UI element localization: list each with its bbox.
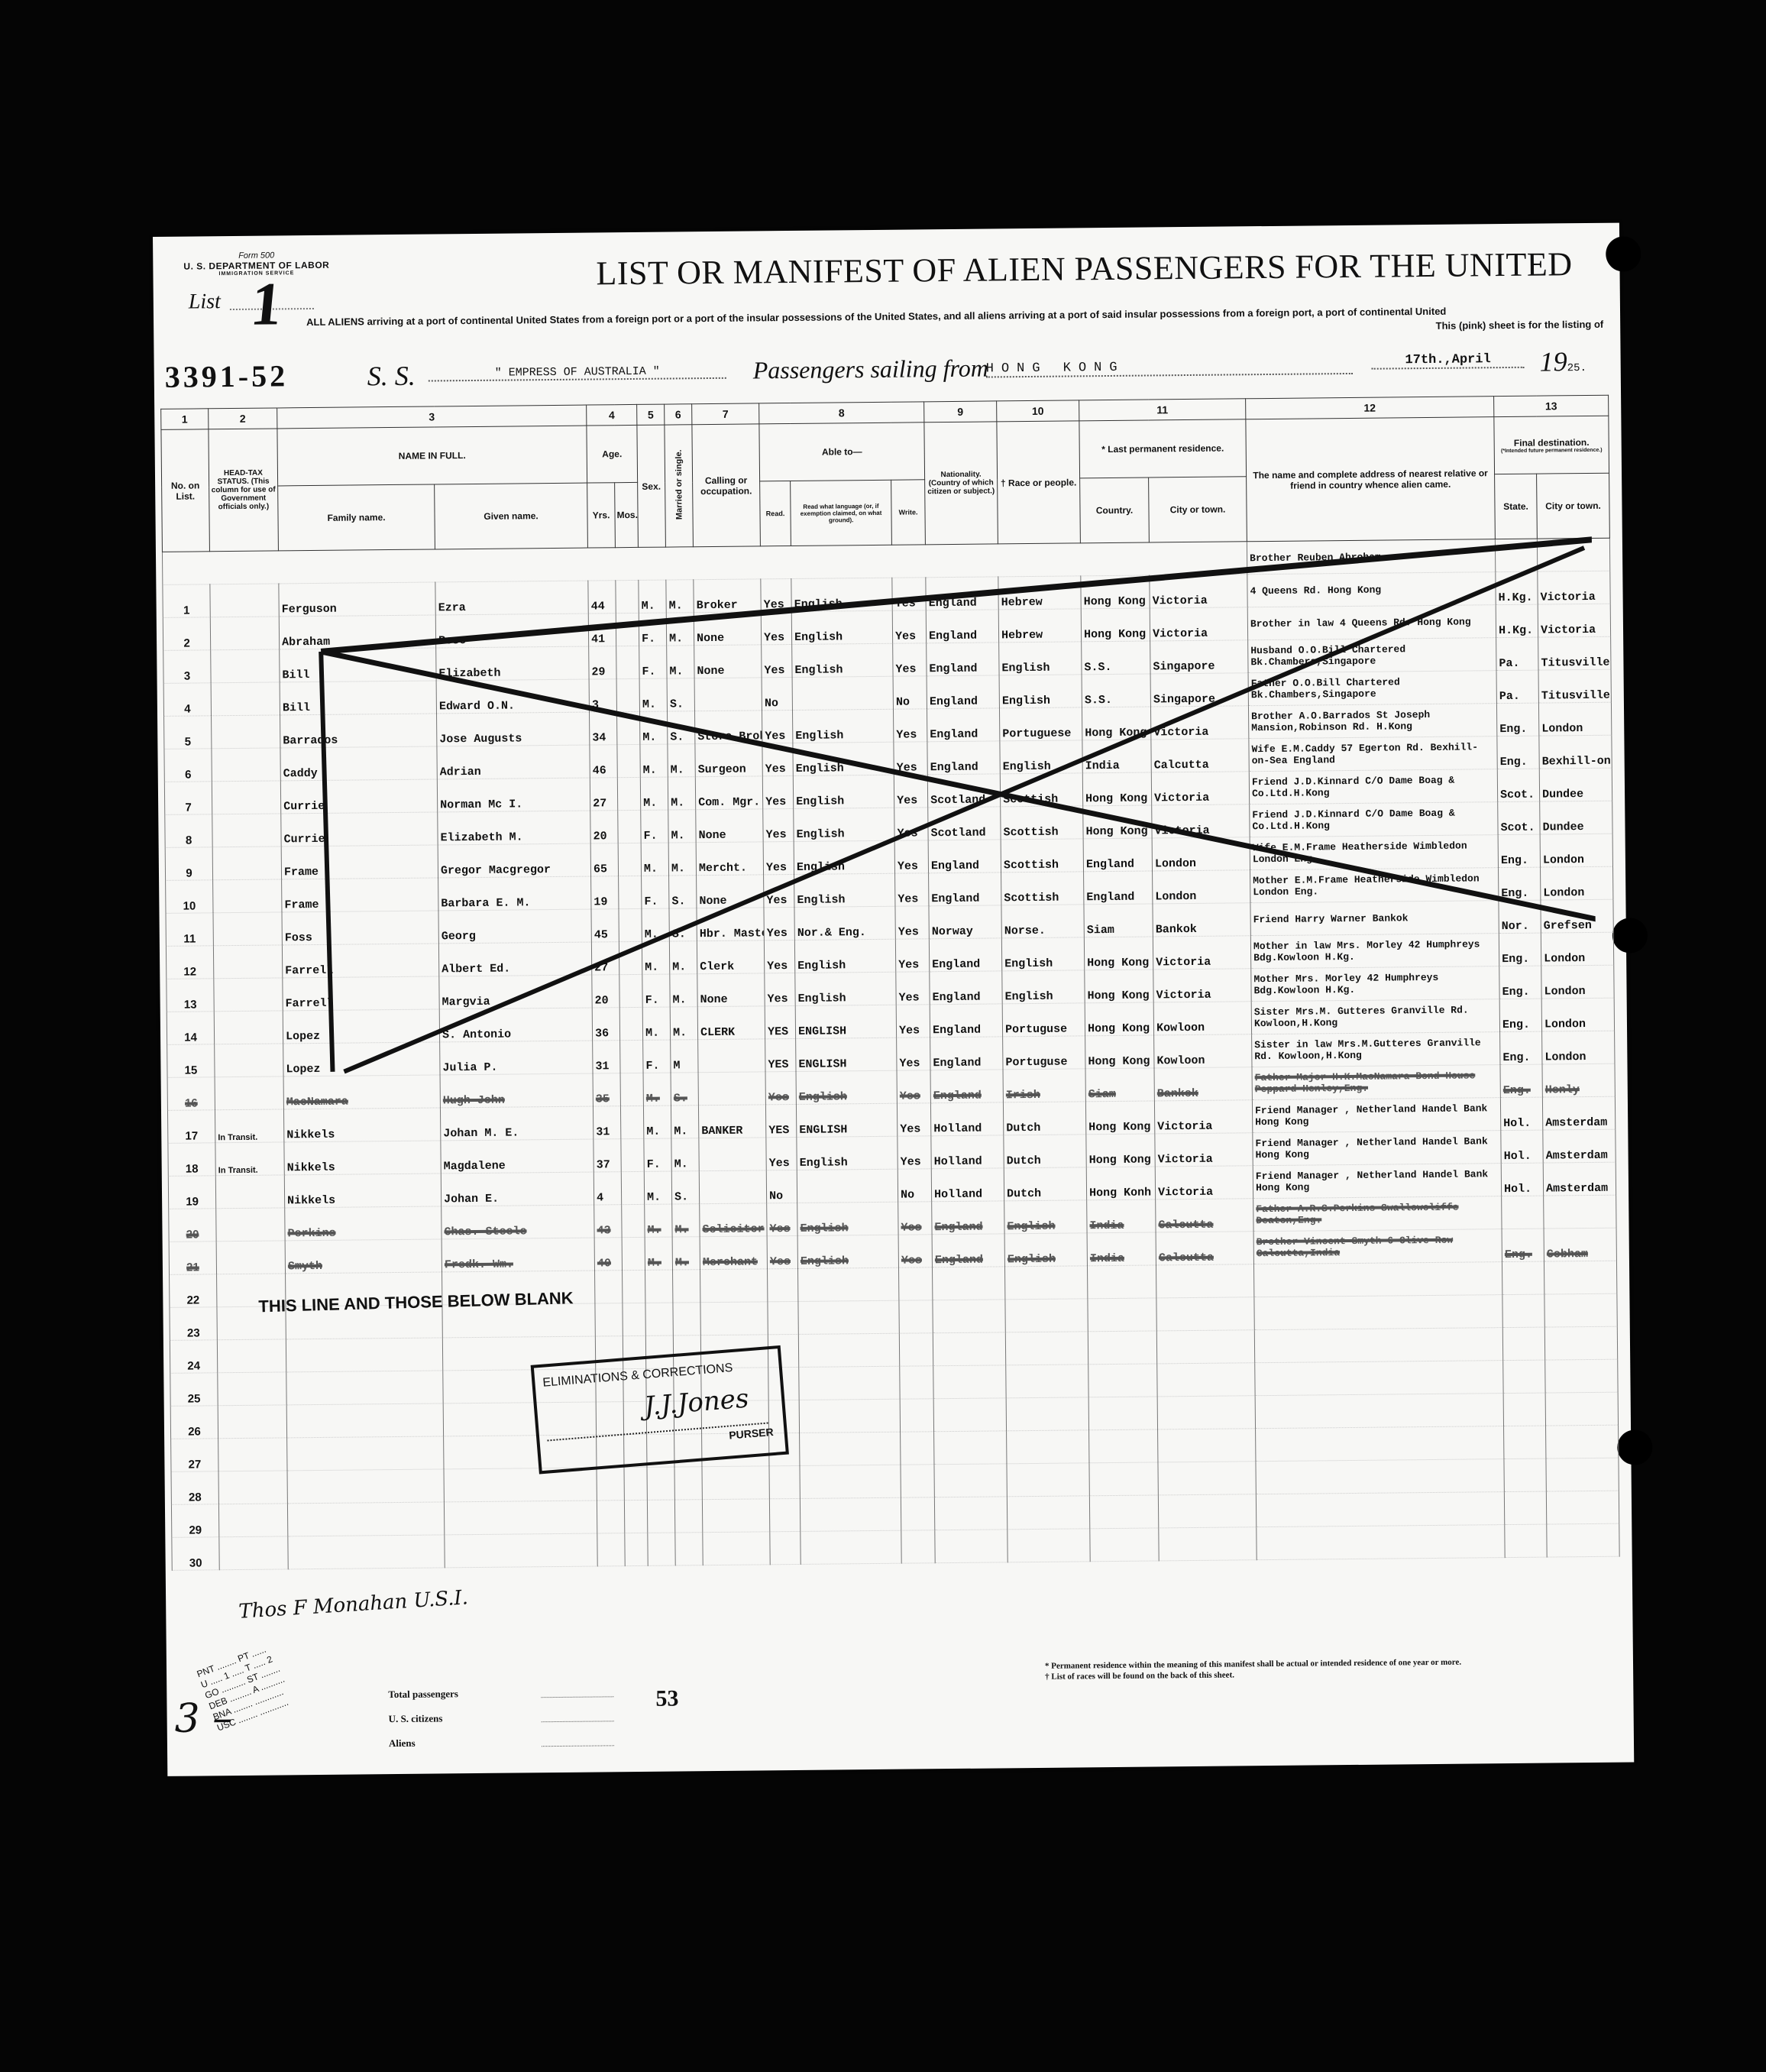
- year-prefix: 19: [1539, 346, 1567, 377]
- cell-country: Hong Kong: [1082, 772, 1151, 806]
- empty-cell: [1502, 1294, 1544, 1328]
- empty-cell: [901, 1530, 935, 1563]
- empty-cell: [288, 1535, 445, 1569]
- empty-cell: [1504, 1491, 1546, 1525]
- empty-cell: [935, 1530, 1008, 1563]
- empty-cell: [899, 1300, 933, 1333]
- cell-rel: Brother A.O.Barrados St Joseph Mansion,R…: [1248, 704, 1496, 739]
- line-number: 4: [163, 683, 211, 717]
- empty-cell: [934, 1497, 1007, 1530]
- cell-family: Foss: [282, 911, 438, 945]
- empty-cell: [934, 1464, 1007, 1497]
- col-read: Read.: [760, 481, 791, 546]
- cell-sex: F.: [642, 876, 669, 908]
- empty-cell: [1502, 1327, 1544, 1361]
- cell-sex: F.: [642, 974, 670, 1007]
- cell-occ: None: [696, 809, 763, 843]
- col-final-destination: Final destination.(*Intended future perm…: [1494, 416, 1609, 474]
- footer: PNT ........ PT ...... U ..... 1 ..... T…: [167, 1640, 1634, 1776]
- col-race: † Race or people.: [997, 421, 1081, 544]
- cell-lang: English: [794, 840, 894, 874]
- cell-write: No: [893, 676, 927, 709]
- cell-country: Hong Kong: [1085, 1101, 1154, 1135]
- cell-lang: English: [793, 709, 894, 743]
- cell-nat: England: [927, 741, 1000, 775]
- cell-dest: London: [1541, 965, 1614, 999]
- cell-occ: Surgeon: [695, 743, 762, 777]
- empty-cell: [597, 1533, 625, 1566]
- col-read-language: Read what language (or, if exemption cla…: [791, 480, 892, 546]
- cell-lang: ENGLISH: [796, 1103, 897, 1137]
- cell-rel: Brother Vincent Smyth 6 Clive Row Calcut…: [1253, 1229, 1502, 1264]
- line-number: 14: [167, 1012, 214, 1045]
- cell-ms: S.: [669, 908, 697, 941]
- cell-read: Yes: [764, 874, 794, 907]
- empty-cell: [799, 1399, 900, 1433]
- cell-mos: [617, 711, 640, 744]
- col-num: 3: [277, 405, 587, 429]
- cell-given: Hugh John: [440, 1073, 593, 1108]
- cell-city: London: [1152, 837, 1250, 871]
- cell-occ: [698, 1039, 765, 1073]
- cell-state: Eng.: [1499, 933, 1541, 966]
- col-num: 12: [1246, 397, 1494, 419]
- cell-read: Yes: [762, 743, 793, 775]
- list-number: 1: [248, 270, 286, 339]
- cell-tax: [210, 617, 279, 650]
- cell-country: Siam: [1084, 904, 1153, 937]
- cell-dest: Bexhill-on-Sea: [1539, 735, 1612, 769]
- cell-tax: [210, 584, 279, 617]
- cell-lang: [792, 676, 893, 710]
- cell-ms: M.: [666, 613, 694, 646]
- empty-cell: [1503, 1360, 1545, 1394]
- line-number: 2: [163, 617, 210, 651]
- empty-cell: [645, 1270, 673, 1303]
- cell-country: Hong Kong: [1085, 1035, 1154, 1069]
- cell-read: Yes: [767, 1203, 797, 1235]
- cell-state: Eng.: [1502, 1229, 1544, 1262]
- empty-cell: [1157, 1363, 1255, 1397]
- totals: Total passengers U. S. citizens Aliens: [388, 1680, 614, 1756]
- cell-dest: Dundee: [1540, 801, 1612, 834]
- cell-occ: [699, 1138, 766, 1171]
- cell-read: Yes: [767, 1235, 797, 1268]
- cell-city: Singapore: [1150, 673, 1248, 707]
- cell-yrs: 4: [594, 1172, 621, 1205]
- empty-cell: [1156, 1297, 1254, 1331]
- empty-cell: [674, 1500, 702, 1533]
- cell-dest: London: [1541, 866, 1613, 900]
- cell-read: Yes: [763, 808, 794, 841]
- cell-mos: [622, 1204, 645, 1237]
- col-num: 6: [665, 404, 692, 425]
- cell-yrs: 20: [590, 811, 618, 843]
- cell-tax: [215, 1076, 283, 1110]
- cell-state: Eng.: [1500, 1031, 1542, 1065]
- cell-yrs: 27: [590, 778, 617, 811]
- empty-cell: [623, 1303, 645, 1335]
- empty-cell: [287, 1502, 444, 1536]
- cell-rel: Sister Mrs.M. Gutteres Granville Rd. Kow…: [1251, 999, 1499, 1034]
- cell-lang: English: [791, 578, 892, 611]
- cell-dest: Victoria: [1538, 571, 1610, 604]
- empty-cell: [673, 1303, 700, 1335]
- cell-mos: [616, 646, 639, 678]
- cell-family: Currie: [280, 779, 437, 814]
- line-number: 21: [169, 1242, 216, 1275]
- subtitle: ALL ALIENS arriving at a port of contine…: [306, 304, 1605, 328]
- cell-sex: M.: [644, 1171, 671, 1204]
- cell-state: Eng.: [1499, 999, 1541, 1032]
- empty-cell: [768, 1301, 798, 1334]
- cell-sex: M.: [639, 580, 666, 613]
- line-number: 9: [165, 847, 212, 881]
- cell-country: Hong Kong: [1083, 805, 1152, 839]
- col-relative: The name and complete address of nearest…: [1246, 417, 1496, 542]
- cell-lang: ENGLISH: [795, 1005, 896, 1038]
- empty-cell: [1546, 1425, 1619, 1458]
- cell-city: Victoria: [1152, 805, 1250, 838]
- cell-family: MacNamara: [283, 1075, 440, 1109]
- cell-race: Portuguese: [1000, 707, 1082, 741]
- empty-cell: [1254, 1328, 1502, 1363]
- cell-rel: Friend Manager , Netherland Handel Bank …: [1253, 1131, 1501, 1166]
- cell-family: Farrell: [282, 944, 438, 978]
- cell-mos: [622, 1237, 645, 1270]
- empty-cell: [218, 1471, 287, 1504]
- cell-occ: None: [694, 645, 762, 678]
- cell-ms: M.: [670, 974, 697, 1007]
- cell-city: Victoria: [1153, 936, 1250, 970]
- cell-race: English: [1001, 937, 1084, 971]
- cell-nat: England: [930, 1004, 1002, 1038]
- punch-hole: [1617, 1429, 1652, 1465]
- empty-cell: [1088, 1298, 1156, 1332]
- cell-yrs: 43: [594, 1205, 622, 1238]
- cell-sex: F.: [639, 646, 667, 678]
- cell-country: Hong Kong: [1084, 937, 1153, 970]
- cell-tax: [212, 781, 280, 814]
- cell-lang: English: [794, 939, 895, 973]
- cell-city: Victoria: [1150, 706, 1248, 740]
- empty-cell: [1255, 1394, 1503, 1429]
- cell-given: Johan M. E.: [440, 1106, 593, 1141]
- cell-mos: [620, 1073, 643, 1106]
- cell-city: Victoria: [1155, 1166, 1253, 1199]
- sailing-date: 17th.,April: [1372, 352, 1525, 370]
- cell-ms: S.: [671, 1171, 699, 1204]
- cell-sex: M.: [640, 744, 668, 777]
- cell-race: Hebrew: [998, 576, 1081, 610]
- empty-cell: [444, 1468, 597, 1502]
- cell-sex: M.: [640, 711, 668, 744]
- empty-cell: [1545, 1359, 1618, 1393]
- cell-state: Eng.: [1499, 867, 1541, 901]
- cell-city: Calcutta: [1156, 1199, 1253, 1232]
- cell-mos: [621, 1171, 644, 1204]
- cell-yrs: 37: [594, 1139, 621, 1172]
- cell-given: Julia P.: [440, 1041, 593, 1075]
- cell-read: No: [762, 677, 792, 710]
- cell-race: English: [1000, 740, 1082, 774]
- cell-rel: Brother in law 4 Queens Rd. Hong Kong: [1247, 605, 1496, 640]
- cell-rel: Father O.O.Bill Chartered Bk.Chambers,Si…: [1248, 671, 1496, 706]
- cell-occ: None: [694, 612, 761, 646]
- cell-write: Yes: [898, 1202, 932, 1235]
- cell-yrs: 45: [591, 909, 619, 942]
- empty-cell: [1005, 1332, 1088, 1365]
- cell-rel: Friend Manager , Netherland Handel Bank …: [1252, 1098, 1500, 1133]
- cell-read: Yes: [765, 973, 795, 1005]
- empty-cell: [769, 1465, 800, 1498]
- col-num: 1: [161, 409, 209, 430]
- cell-rel: Husband O.O.Bill Chartered Bk.Chambers,S…: [1248, 638, 1496, 673]
- cell-mos: [618, 843, 641, 876]
- line-number: 23: [170, 1307, 217, 1341]
- cell-given: Margvia: [439, 975, 592, 1009]
- empty-cell: [1007, 1463, 1089, 1497]
- cell-given: Georg: [438, 909, 591, 944]
- cell-given: Elizabeth: [436, 646, 589, 681]
- cell-rel: Friend Manager , Netherland Handel Bank …: [1253, 1164, 1501, 1199]
- cell-lang: [797, 1169, 898, 1203]
- cell-ms: M.: [671, 1106, 698, 1138]
- cell-race: English: [999, 675, 1082, 708]
- cell-lang: English: [797, 1235, 898, 1268]
- cell-given: Fredk. Wm.: [441, 1238, 594, 1272]
- cell-lang: Nor.& Eng.: [794, 906, 895, 940]
- empty-cell: [217, 1339, 286, 1373]
- line-number: 8: [165, 814, 212, 848]
- empty-cell: [1005, 1266, 1088, 1300]
- manifest-number: 3391-52: [165, 358, 289, 395]
- cell-rel: Sister in law Mrs.M.Gutteres Granville R…: [1252, 1032, 1500, 1067]
- cell-read: Yes: [764, 907, 794, 940]
- col-num: 13: [1494, 395, 1609, 416]
- cell-race: Dutch: [1004, 1167, 1086, 1201]
- cell-yrs: 3: [589, 679, 616, 712]
- cell-nat: England: [930, 971, 1002, 1005]
- line-number: 29: [171, 1504, 218, 1538]
- cell-dest: London: [1540, 834, 1612, 867]
- empty-cell: [648, 1533, 675, 1565]
- cell-tax: [212, 748, 280, 782]
- cell-race: Hebrew: [998, 609, 1081, 643]
- empty-cell: [1503, 1393, 1545, 1426]
- ship-line: 3391-52 S. S. " EMPRESS OF AUSTRALIA " P…: [165, 345, 1616, 397]
- passenger-rows: Brother Reuben Abroham 1FergusonEzra44M.…: [162, 538, 1619, 1570]
- empty-cell: [933, 1332, 1005, 1366]
- col-num: 2: [209, 408, 277, 429]
- cell-sex: M.: [643, 1106, 671, 1138]
- col-no-on-list: No. on List.: [161, 429, 210, 552]
- cell-city: Calcutta: [1151, 739, 1249, 772]
- empty-cell: [700, 1269, 768, 1303]
- cell-dest: Titusville: [1538, 669, 1611, 703]
- cell-dest: Grefsen: [1541, 899, 1613, 933]
- cell-race: Scottish: [1001, 872, 1084, 905]
- cell-write: Yes: [894, 808, 928, 840]
- cell-given: Magdalene: [441, 1139, 594, 1174]
- empty-cell: [800, 1432, 901, 1465]
- cell-dest: Amsterdam: [1542, 1096, 1615, 1130]
- cell-country: Hong Kong: [1082, 707, 1150, 740]
- cell-country: India: [1087, 1199, 1156, 1233]
- cell-read: Yes: [761, 611, 791, 644]
- us-citizens-label: U. S. citizens: [388, 1705, 541, 1731]
- page-title: LIST OR MANIFEST OF ALIEN PASSENGERS FOR…: [596, 244, 1572, 293]
- col-city: City or town.: [1149, 477, 1247, 542]
- empty-cell: [1256, 1426, 1504, 1462]
- cell-rel: Mother Mrs. Morley 42 Humphreys Bdg.Kowl…: [1251, 966, 1499, 1002]
- cell-mos: [616, 580, 639, 613]
- cell-rel: Friend Harry Warner Bankok: [1250, 901, 1499, 936]
- col-yrs: Yrs.: [587, 483, 616, 548]
- cell-lang: English: [792, 643, 893, 677]
- empty-cell: [1546, 1491, 1619, 1524]
- cell-yrs: 40: [594, 1238, 622, 1271]
- empty-cell: [625, 1533, 648, 1565]
- empty-cell: [901, 1497, 934, 1530]
- empty-cell: [933, 1300, 1005, 1333]
- cell-sex: M.: [639, 678, 667, 711]
- cell-occ: Solicitor: [700, 1203, 767, 1237]
- cell-tax: [214, 1011, 283, 1044]
- cell-race: Portuguse: [1002, 1003, 1085, 1037]
- cell-write: Yes: [896, 1005, 930, 1038]
- cell-mos: [617, 777, 640, 810]
- cell-state: Nor.: [1499, 900, 1541, 934]
- cell-country: Siam: [1085, 1068, 1154, 1102]
- empty-cell: [287, 1436, 444, 1471]
- empty-cell: [219, 1536, 288, 1570]
- empty-cell: [444, 1501, 597, 1535]
- cell-race: Scottish: [1001, 839, 1083, 873]
- cell-yrs: 19: [591, 876, 619, 909]
- cell-write: Yes: [898, 1136, 931, 1169]
- line-number: 24: [170, 1340, 217, 1374]
- cell-city: Kowloon: [1154, 1034, 1252, 1068]
- line-number: 1: [163, 584, 210, 618]
- cell-write: Yes: [897, 1038, 930, 1070]
- cell-state: Eng.: [1498, 834, 1540, 868]
- cell-sex: M.: [640, 777, 668, 810]
- empty-cell: [673, 1270, 700, 1303]
- cell-dest: Dundee: [1539, 768, 1612, 801]
- cell-yrs: 36: [592, 1008, 619, 1041]
- col-country: Country.: [1080, 478, 1150, 543]
- cell-family: Farrell: [283, 976, 439, 1011]
- cell-read: Yes: [766, 1137, 797, 1170]
- empty-cell: [286, 1338, 442, 1372]
- cell-nat: England: [930, 1037, 1003, 1070]
- cell-rel: Wife E.M.Caddy 57 Egerton Rd. Bexhill-on…: [1249, 737, 1497, 772]
- col-head-tax: HEAD-TAX STATUS. (This column for use of…: [209, 429, 279, 552]
- cell-dest: Amsterdam: [1543, 1162, 1616, 1196]
- empty-cell: [900, 1399, 933, 1432]
- cell-occ: [699, 1170, 766, 1204]
- empty-cell: [1089, 1462, 1158, 1496]
- total-passengers-label: Total passengers: [388, 1681, 541, 1707]
- cell-country: Hong Kong: [1085, 970, 1153, 1003]
- empty-cell: [700, 1302, 768, 1335]
- cell-lang: English: [793, 775, 894, 808]
- empty-cell: [899, 1333, 933, 1366]
- cell-write: Yes: [894, 709, 927, 742]
- empty-cell: [800, 1465, 901, 1498]
- cell-occ: [698, 1072, 765, 1106]
- cell-tax: [213, 945, 282, 979]
- empty-cell: [933, 1365, 1006, 1399]
- cell-mos: [619, 908, 642, 941]
- cell-given: Edward O.N.: [436, 679, 589, 714]
- cell-write: Yes: [892, 610, 926, 643]
- cell-sex: F.: [641, 810, 668, 843]
- col-state: State.: [1495, 474, 1538, 539]
- cell-sex: M.: [641, 843, 668, 876]
- handwritten-mark: 3 –: [174, 1695, 232, 1742]
- cell-race: Dutch: [1003, 1102, 1085, 1135]
- cell-city: Victoria: [1155, 1133, 1253, 1167]
- empty-cell: [1007, 1430, 1089, 1464]
- cell-nat: Holland: [931, 1168, 1004, 1202]
- col-name-in-full: NAME IN FULL.: [277, 426, 587, 486]
- punch-hole: [1612, 918, 1648, 953]
- cell-country: India: [1082, 740, 1151, 773]
- line-number: 12: [166, 946, 213, 979]
- col-age: Age.: [587, 425, 638, 483]
- cell-race: Portuguse: [1003, 1036, 1085, 1070]
- cell-country: Hong Kong: [1081, 575, 1150, 609]
- cell-ms: M.: [668, 843, 696, 876]
- eliminations-stamp: ELIMINATIONS & CORRECTIONS J.J.Jones PUR…: [531, 1345, 789, 1475]
- cell-write: Yes: [895, 906, 929, 939]
- cell-city: London: [1153, 870, 1250, 904]
- cell-occ: Clerk: [697, 940, 764, 974]
- cell-occ: CLERK: [697, 1006, 765, 1040]
- empty-cell: [1007, 1496, 1089, 1530]
- cell-given: Adrian: [437, 745, 590, 779]
- col-able-to: Able to—: [759, 422, 925, 481]
- cell-rel: Friend J.D.Kinnard C/O Dame Boag & Co.Lt…: [1249, 769, 1497, 805]
- cell-city: Victoria: [1154, 1100, 1252, 1134]
- cell-tax: [215, 1044, 283, 1077]
- line-number: 11: [166, 913, 213, 947]
- cell-given: S. Antonio: [439, 1008, 592, 1042]
- empty-cell: [900, 1366, 933, 1399]
- line-number: 15: [167, 1044, 215, 1078]
- cell-family: Ferguson: [279, 582, 435, 617]
- cell-tax: [212, 847, 281, 880]
- cell-lang: English: [797, 1202, 898, 1235]
- cell-ms: M.: [669, 941, 697, 974]
- empty-cell: [1254, 1295, 1502, 1330]
- empty-cell: [1159, 1527, 1257, 1561]
- cell-write: Yes: [892, 578, 926, 610]
- cell-family: Nikkels: [283, 1108, 440, 1142]
- cell-race: Norse.: [1001, 905, 1084, 938]
- cell-nat: Holland: [931, 1135, 1004, 1169]
- cell-lang: English: [791, 610, 892, 644]
- empty-cell: [1158, 1494, 1256, 1528]
- cell-nat: England: [928, 840, 1001, 873]
- cell-sex: M.: [643, 1073, 671, 1106]
- cell-race: English: [999, 642, 1082, 675]
- cell-dest: Henly: [1542, 1064, 1615, 1097]
- cell-occ: Com. Mgr.: [695, 776, 762, 810]
- final-dest-note: (*Intended future permanent residence.): [1496, 447, 1607, 453]
